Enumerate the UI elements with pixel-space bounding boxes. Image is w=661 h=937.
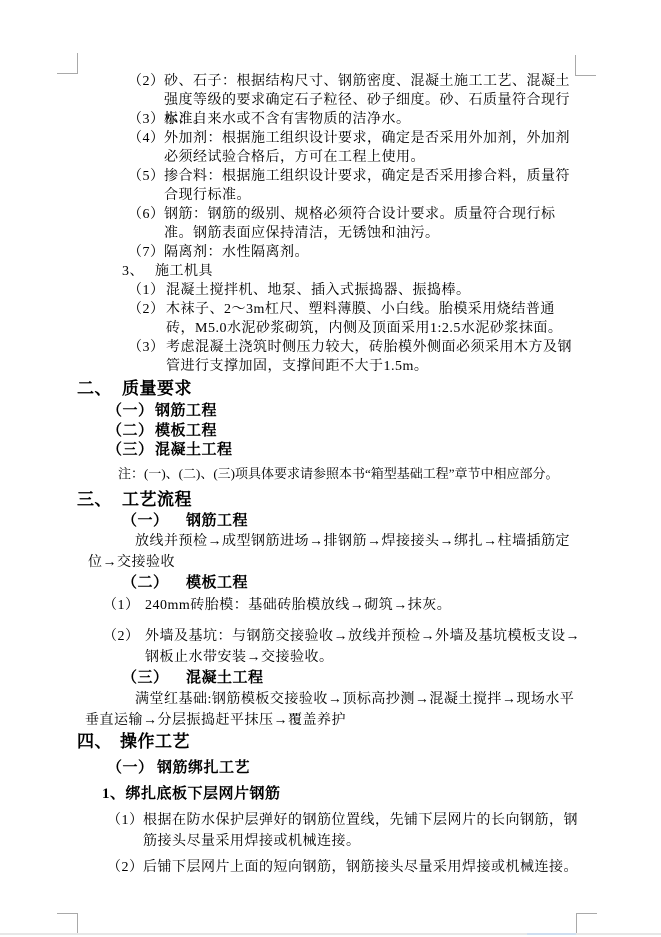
process-flow-rebar: 放线并预检→成型钢筋进场→排钢筋→焊接接头→绑扎→柱墙插筋定位→交接验收 [88,531,580,573]
list-text: 混凝土搅拌机、地泵、插入式振捣器、振捣棒。 [166,281,580,300]
subheading-quality-formwork: （二） 模板工程 [107,421,577,441]
document-page: （2） 砂、石子：根据结构尺寸、钢筋密度、混凝土施工工艺、混凝土强度等级的要求确… [0,0,661,937]
subheading-title: 混凝土工程 [155,440,233,460]
list-item-tools-2: （2） 木袜子、2～3m杠尺、塑料薄膜、小白线。胎模采用烧结普通砖，M5.0水泥… [128,300,580,338]
list-item-materials-6: （6） 钢筋：钢筋的级别、规格必须符合设计要求。质量符合现行标准。钢筋表面应保持… [128,205,580,243]
list-item-tools-3: （3） 考虑混凝土浇筑时侧压力较大，砖胎模外侧面必须采用木方及钢管进行支撑加固，… [128,338,580,376]
subheading-title: 钢筋工程 [155,401,217,421]
list-text: 根据在防水保护层弹好的钢筋位置线，先铺下层网片的长向钢筋，钢筋接头尽量采用焊接或… [143,810,580,852]
step-heading-bottom-mesh: 1、绑扎底板下层网片钢筋 [102,784,578,804]
subheading-operation-rebar-tying: （一） 钢筋绑扎工艺 [107,758,577,778]
list-number: （1） [103,595,145,616]
list-text: 外加剂：根据施工组织设计要求，确定是否采用外加剂，外加剂必须经试验合格后，方可在… [164,129,580,167]
subheading-process-concrete: （三） 混凝土工程 [122,668,578,688]
list-number: （2） [107,857,143,878]
list-number: （6） [128,205,164,224]
subheading-title: 混凝土工程 [186,668,264,688]
page-bottom-edge-accent [527,933,576,935]
subheading-quality-rebar: （一） 钢筋工程 [107,401,577,421]
list-number: （2） [103,626,145,647]
section-heading-operation: 四、 操作工艺 [77,731,577,753]
subsection-tools-heading: 3、 施工机具 [122,262,578,281]
subheading-number: （二） [107,421,155,441]
list-number: （1） [128,281,166,300]
list-number: （2） [128,300,166,319]
list-number: （1） [107,810,143,831]
list-text: 掺合料：根据施工组织设计要求，确定是否采用掺合料，质量符合现行标准。 [164,167,580,205]
process-flow-concrete: 满堂红基础:钢筋模板交接验收→顶标高抄测→混凝土搅拌→现场水平垂直运输→分层振捣… [85,689,580,731]
list-number: （3） [128,110,164,129]
subheading-title: 钢筋工程 [186,511,248,531]
note-text: 注：(一)、(二)、(三)项具体要求请参照本书“箱型基础工程”章节中相应部分。 [118,465,559,483]
list-text: 外墙及基坑：与钢筋交接验收→放线并预检→外墙及基坑模板支设→钢板止水带安装→交接… [145,626,584,668]
section-number: 二、 [77,378,122,400]
list-item-step1-1: （1） 根据在防水保护层弹好的钢筋位置线，先铺下层网片的长向钢筋，钢筋接头尽量采… [107,810,580,852]
cropmark-top-left-icon [57,53,78,74]
subheading-number: （三） [107,440,155,460]
cropmark-bottom-right-icon [576,913,597,934]
subheading-title: 钢筋绑扎工艺 [157,758,250,778]
section-title: 质量要求 [122,378,192,400]
list-item-materials-4: （4） 外加剂：根据施工组织设计要求，确定是否采用外加剂，外加剂必须经试验合格后… [128,129,580,167]
list-text: 240mm砖胎模：基础砖胎模放线→砌筑→抹灰。 [145,595,580,616]
list-text: 木袜子、2～3m杠尺、塑料薄膜、小白线。胎模采用烧结普通砖，M5.0水泥砂浆砌筑… [166,300,580,338]
subheading-number: （二） [122,573,186,593]
list-item-formwork-2: （2） 外墙及基坑：与钢筋交接验收→放线并预检→外墙及基坑模板支设→钢板止水带安… [103,626,584,668]
list-number: （5） [128,167,164,186]
list-number: （4） [128,129,164,148]
subheading-process-formwork: （二） 模板工程 [122,573,578,593]
section-heading-quality: 二、 质量要求 [77,378,577,400]
list-text: 水：自来水或不含有害物质的洁净水。 [164,110,580,129]
subheading-title: 模板工程 [186,573,248,593]
subheading-process-rebar: （一） 钢筋工程 [122,511,578,531]
section-heading-process: 三、 工艺流程 [77,489,577,511]
list-number: 3、 [122,262,155,281]
section-title: 操作工艺 [120,731,190,753]
list-item-step1-2: （2） 后铺下层网片上面的短向钢筋，钢筋接头尽量采用焊接或机械连接。 [107,857,580,878]
list-number: （3） [128,338,166,357]
section-number: 三、 [77,489,122,511]
list-item-tools-1: （1） 混凝土搅拌机、地泵、插入式振捣器、振捣棒。 [128,281,580,300]
section-number: 四、 [77,731,120,753]
list-item-materials-3: （3） 水：自来水或不含有害物质的洁净水。 [128,110,580,129]
subheading-number: （一） [107,401,155,421]
section-title: 工艺流程 [122,489,192,511]
list-item-materials-7: （7） 隔离剂：水性隔离剂。 [128,243,580,262]
subheading-number: （一） [122,511,186,531]
list-number: （7） [128,243,164,262]
list-text: 后铺下层网片上面的短向钢筋，钢筋接头尽量采用焊接或机械连接。 [143,857,580,878]
list-text: 考虑混凝土浇筑时侧压力较大，砖胎模外侧面必须采用木方及钢管进行支撑加固，支撑间距… [166,338,580,376]
subheading-title: 模板工程 [155,421,217,441]
list-text: 钢筋：钢筋的级别、规格必须符合设计要求。质量符合现行标准。钢筋表面应保持清洁，无… [164,205,580,243]
list-item-materials-5: （5） 掺合料：根据施工组织设计要求，确定是否采用掺合料，质量符合现行标准。 [128,167,580,205]
list-number: （2） [128,72,164,91]
subheading-number: （三） [122,668,186,688]
list-text: 隔离剂：水性隔离剂。 [164,243,580,262]
subsection-title: 施工机具 [155,262,578,281]
cropmark-bottom-left-icon [57,913,78,934]
list-item-formwork-1: （1） 240mm砖胎模：基础砖胎模放线→砌筑→抹灰。 [103,595,580,616]
subheading-quality-concrete: （三） 混凝土工程 [107,440,577,460]
subheading-number: （一） [107,758,157,778]
